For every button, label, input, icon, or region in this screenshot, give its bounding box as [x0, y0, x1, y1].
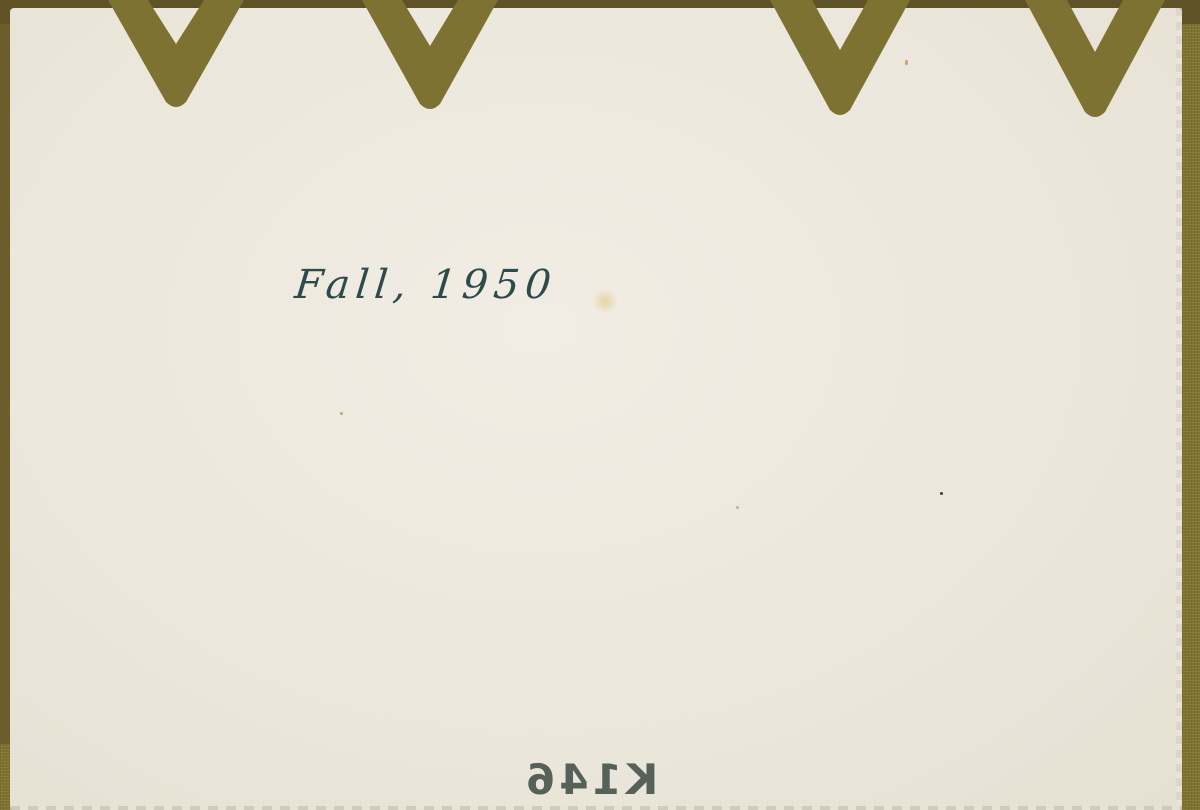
photo-mount-v-2 — [362, 0, 498, 112]
handwritten-date: Fall, 1950 — [293, 262, 560, 308]
paper-speck — [940, 492, 943, 495]
deckled-edge-bottom — [10, 806, 1182, 810]
photo-mount-v-4 — [1025, 0, 1165, 120]
photo-back — [10, 8, 1182, 810]
photo-mount-v-1 — [108, 0, 244, 110]
paper-stain — [590, 290, 620, 312]
deckled-edge-right — [1176, 8, 1182, 810]
paper-speck — [340, 412, 343, 415]
photo-mount-v-3 — [770, 0, 910, 118]
paper-speck — [736, 506, 739, 509]
paper-speck — [905, 62, 908, 65]
mirrored-stamp-code: K146 — [522, 755, 658, 804]
album-page-left-edge — [0, 24, 10, 744]
